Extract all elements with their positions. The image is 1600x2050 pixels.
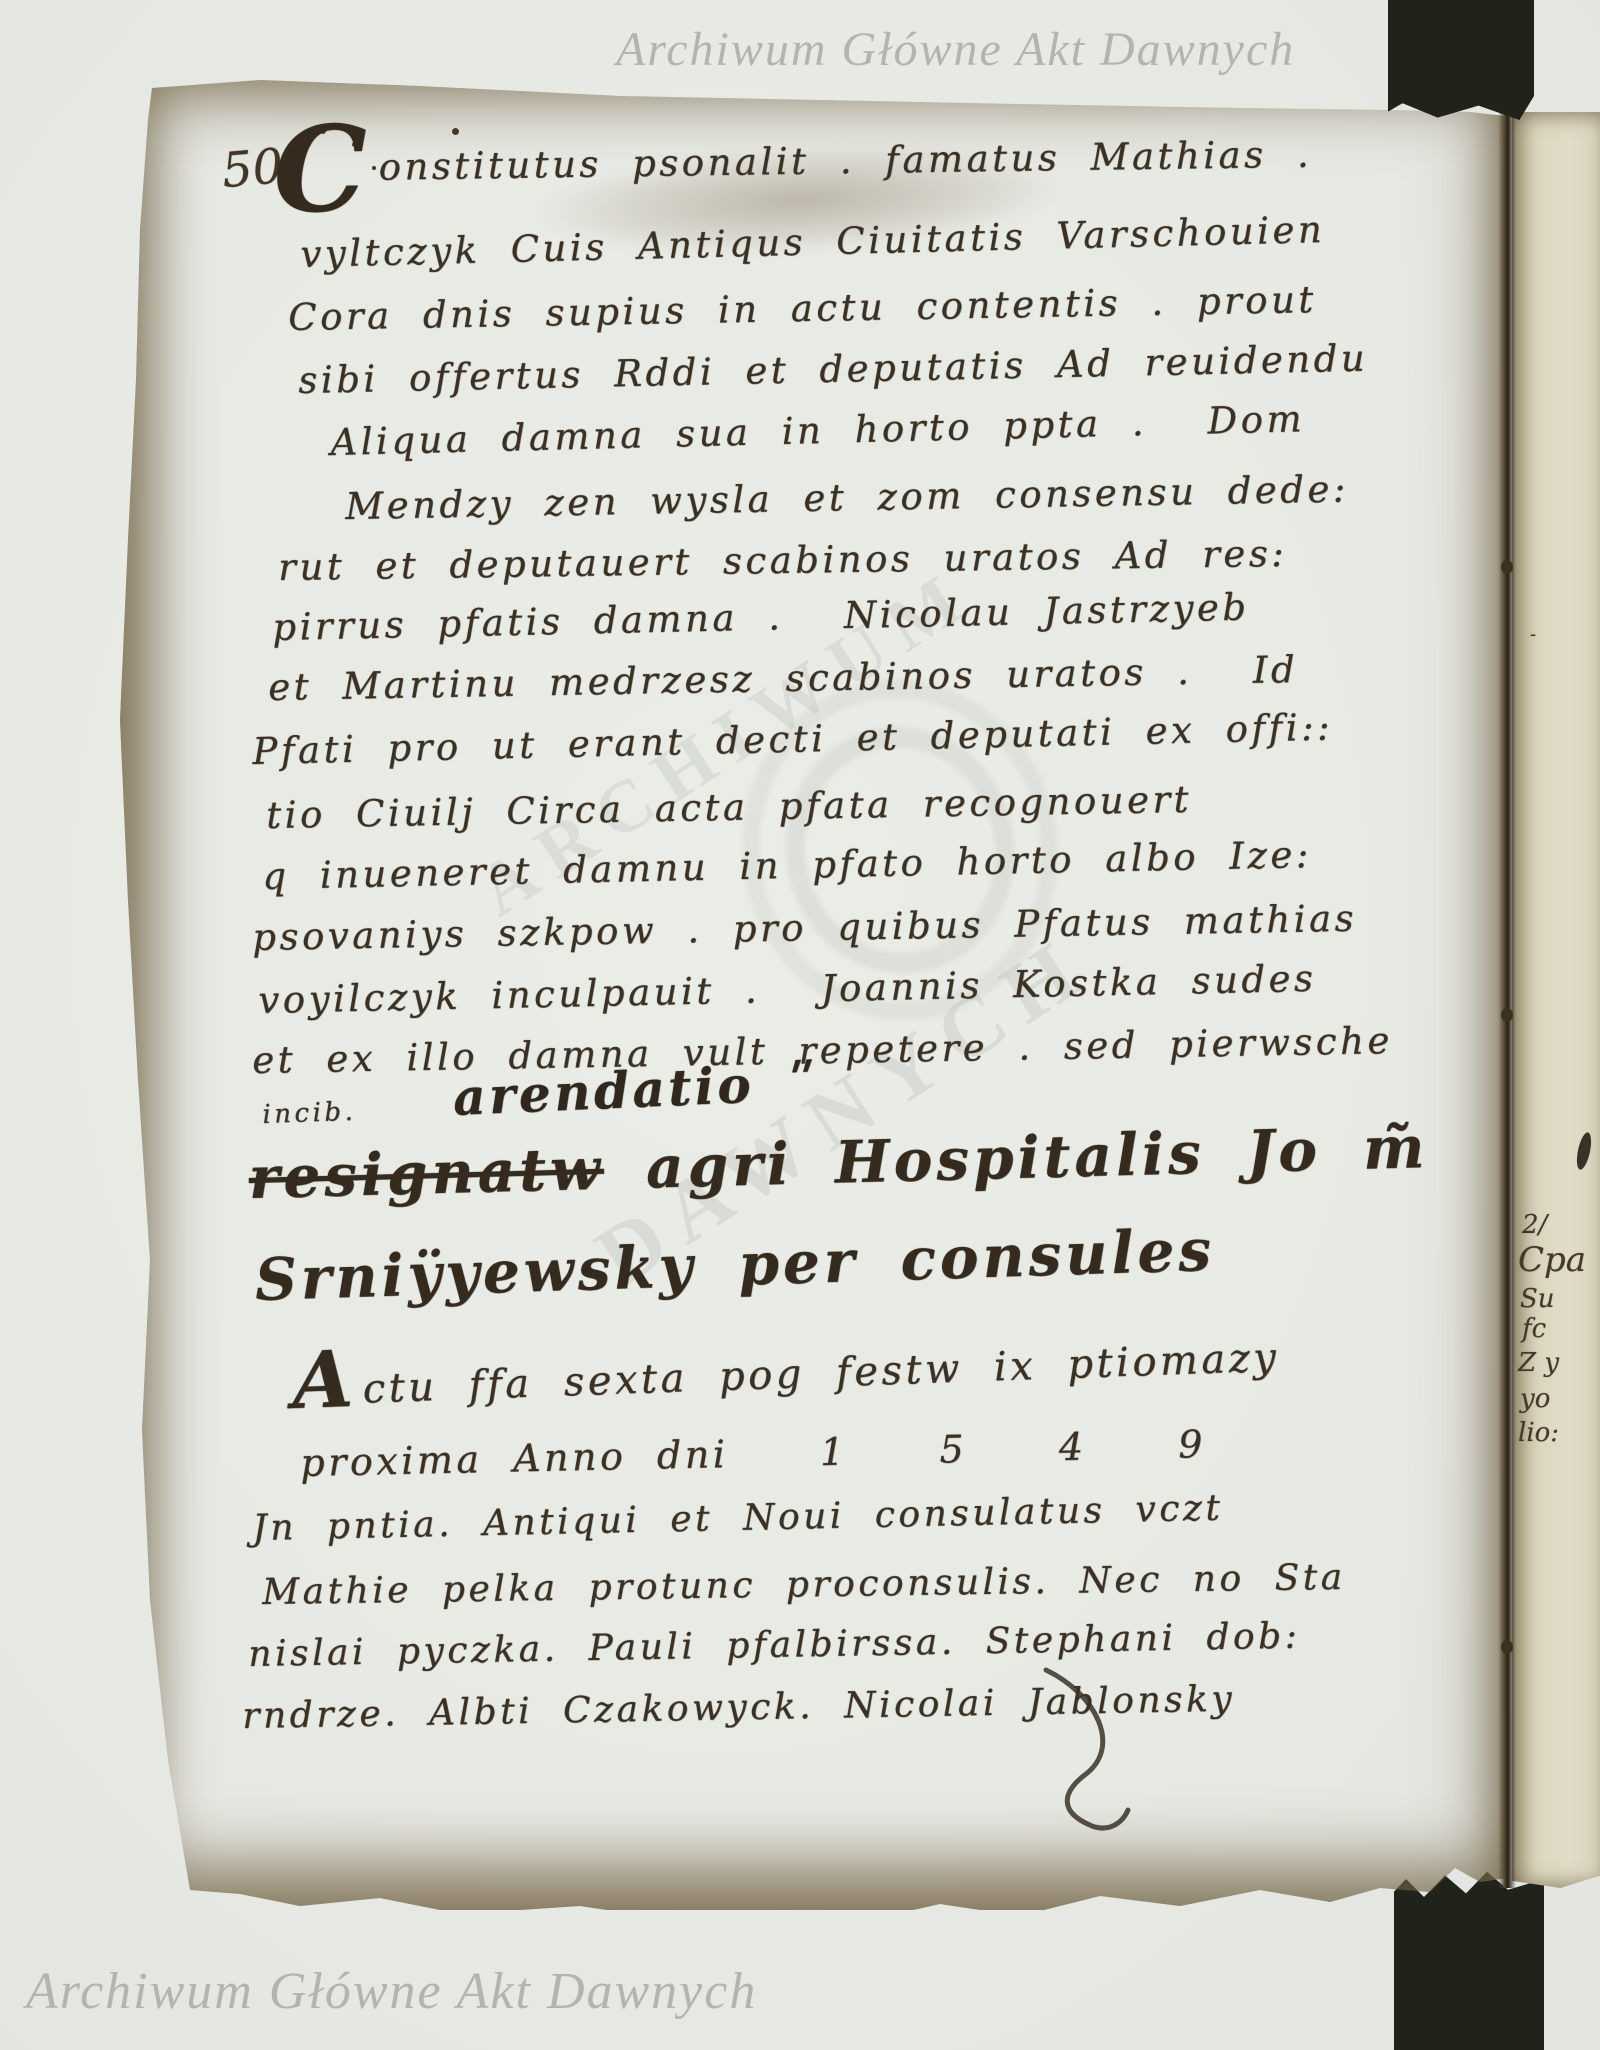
ink-fragment: Su xyxy=(1520,1284,1555,1314)
ink-fragment: ‑ xyxy=(1530,624,1536,645)
pen-flourish xyxy=(1030,1660,1160,1840)
ink-speck xyxy=(452,128,459,135)
archive-watermark-bottom: Archiwum Główne Akt Dawnych xyxy=(26,1962,757,2021)
sewing-stitch xyxy=(1501,1008,1513,1022)
book-cover-strip-bottom xyxy=(1394,1870,1544,2050)
manuscript-scan: { "scan": { "archive_watermark_top": "Ar… xyxy=(0,0,1600,2050)
struck-word: resignatw xyxy=(248,1135,605,1212)
sewing-stitch xyxy=(1501,1640,1513,1654)
sewing-stitch xyxy=(1501,560,1513,574)
catchword: incib. xyxy=(262,1099,357,1130)
ink-fragment: yo xyxy=(1520,1384,1550,1414)
archive-watermark-top: Archiwum Główne Akt Dawnych xyxy=(616,22,1295,77)
binding-crease xyxy=(1498,112,1516,1888)
ink-fragment: fc xyxy=(1522,1314,1546,1344)
ink-fragment: 2/ xyxy=(1522,1210,1547,1240)
ink-blot xyxy=(1574,1131,1594,1171)
archival-ribbon-top xyxy=(1388,0,1534,120)
ink-fragment: Cpa xyxy=(1518,1240,1586,1280)
ink-fragment: lio: xyxy=(1518,1418,1559,1448)
adjacent-page: ‑ 2/ Cpa Su fc Z y yo lio: xyxy=(1512,112,1600,1888)
ink-fragment: Z y xyxy=(1518,1348,1559,1378)
